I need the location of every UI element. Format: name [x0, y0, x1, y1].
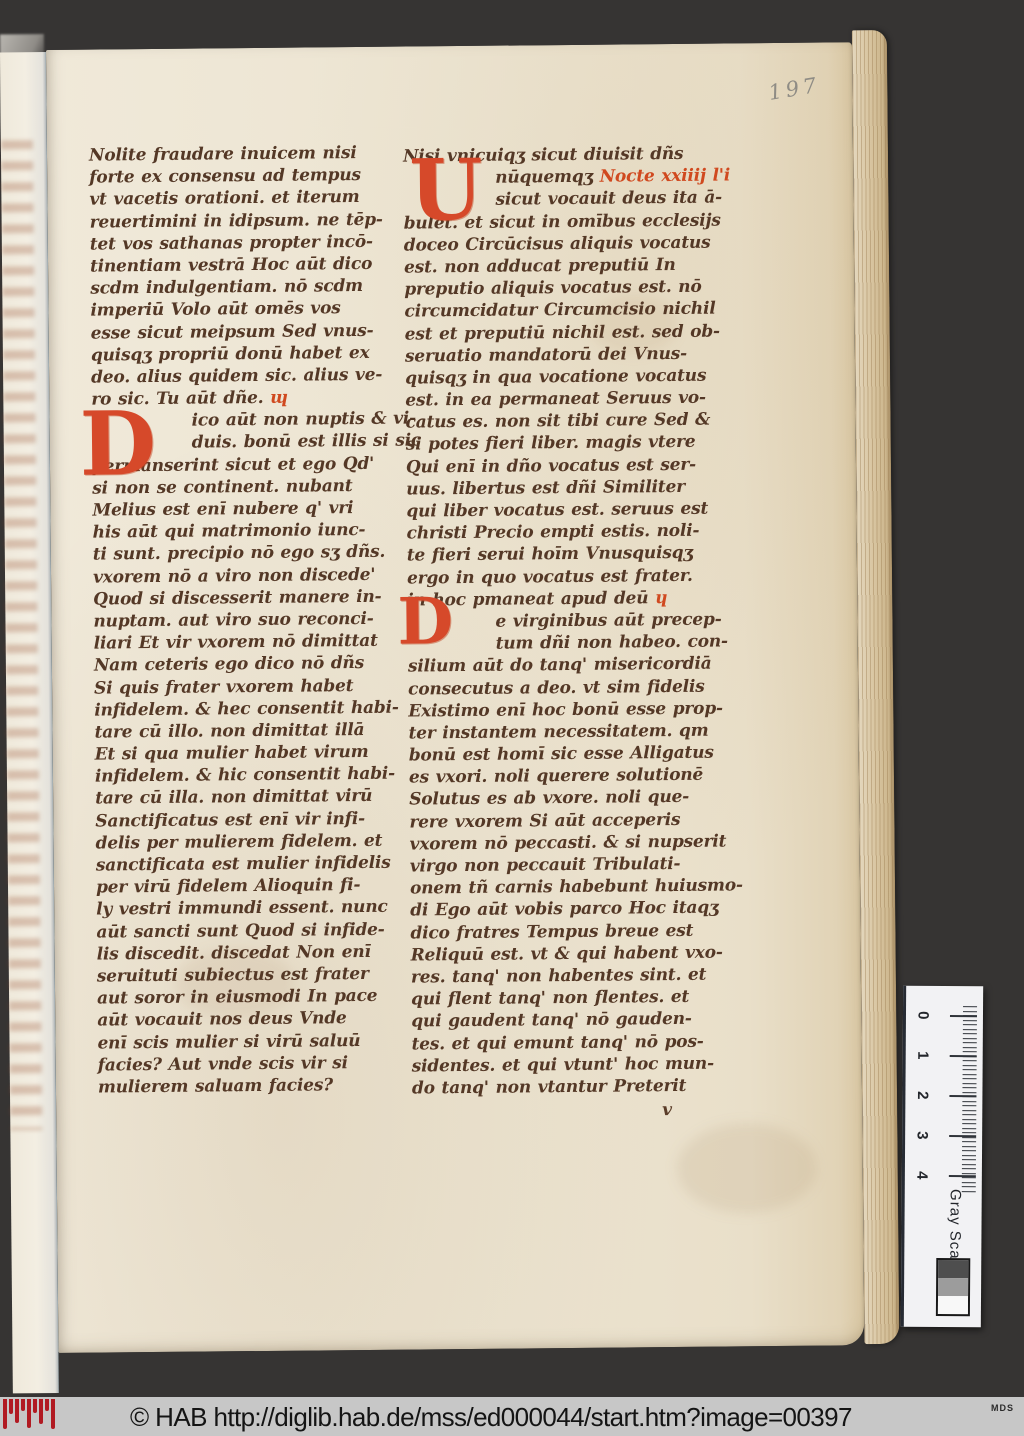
- manuscript-line: his aūt qui matrimonio iunc-: [93, 520, 401, 545]
- ruler-minor-tick: [963, 1051, 977, 1052]
- manuscript-text: Quod si discesserit manere in-: [93, 587, 381, 610]
- manuscript-line: dico fratres Tempus breue est: [410, 920, 750, 945]
- manuscript-text: mulierem saluam facies?: [98, 1075, 333, 1097]
- manuscript-line: virgo non peccauit Tribulati-: [410, 853, 750, 878]
- manuscript-line: lis discedit. discedat Non enī: [97, 941, 405, 966]
- manuscript-line: mulierem saluam facies?: [98, 1074, 406, 1099]
- manuscript-line: tum dñi non habeo. con-: [408, 631, 748, 656]
- manuscript-text: forte ex consensu ad tempus: [89, 165, 361, 188]
- manuscript-text: e virginibus aūt precep-: [495, 609, 721, 631]
- ruler-minor-tick: [963, 1038, 977, 1039]
- manuscript-text: infidelem. & hic consentit habi-: [95, 764, 395, 787]
- manuscript-text: reuertimini in idipsum. ne tēp-: [90, 209, 383, 232]
- ruler-minor-tick: [963, 1074, 977, 1075]
- manuscript-line: Quod si discesserit manere in-: [93, 586, 401, 611]
- manuscript-text: circumcidatur Circumcisio nichil: [404, 299, 715, 322]
- manuscript-text: dico fratres Tempus breue est: [410, 920, 693, 943]
- manuscript-text: rere vxorem Si aūt acceperis: [409, 810, 680, 833]
- manuscript-line: christi Precio empti estis. noli-: [407, 520, 747, 545]
- manuscript-text: esse sicut meipsum Sed vnus-: [91, 320, 374, 343]
- manuscript-line: qui gaudent tanq' nō gauden-: [411, 1009, 751, 1034]
- registration-bar: [9, 1399, 13, 1414]
- ruler-minor-tick: [963, 1042, 977, 1043]
- ruler-minor-tick: [963, 1033, 977, 1034]
- ruler-minor-tick: [962, 1119, 976, 1120]
- manuscript-text: di Ego aūt vobis parco Hoc itaqʒ: [410, 898, 718, 921]
- manuscript-line: sidentes. et qui vtunt' hoc mun-: [412, 1053, 752, 1078]
- manuscript-text: duis. bonū est illis si sic: [192, 431, 422, 453]
- manuscript-text: ti sunt. precipio nō ego sʒ dñs.: [93, 542, 386, 565]
- ruler-major-tick: [949, 1175, 976, 1177]
- manuscript-line: facies? Aut vnde scis vir si: [98, 1052, 406, 1077]
- manuscript-text: tinentiam vestrā Hoc aūt dico: [90, 254, 372, 277]
- manuscript-text: est. in ea permaneat Seruus vo-: [405, 388, 706, 411]
- manuscript-line: Et si qua mulier habet virum: [95, 742, 403, 767]
- manuscript-line: seruatio mandatorū dei Vnus-: [405, 343, 745, 368]
- grayscale-calibration-card: 01234 Gray Scale: [901, 986, 983, 1328]
- ruler-minor-tick: [963, 1024, 977, 1025]
- manuscript-text: es vxori. noli querere solutionē: [409, 765, 703, 788]
- color-registration-mark: [3, 1399, 55, 1429]
- ruler-minor-tick: [963, 1020, 977, 1021]
- registration-bar: [33, 1399, 37, 1413]
- ruler-minor-tick: [962, 1110, 976, 1111]
- manuscript-text: catus es. non sit tibi cure Sed &: [405, 410, 710, 433]
- manuscript-text: christi Precio empti estis. noli-: [407, 521, 700, 544]
- registration-bar: [45, 1399, 49, 1411]
- copyright-caption: © HAB http://diglib.hab.de/mss/ed000044/…: [130, 1402, 852, 1433]
- manuscript-line: scdm indulgentiam. nō scdm: [90, 276, 398, 301]
- manuscript-line: forte ex consensu ad tempus: [89, 165, 397, 190]
- manuscript-text: ly vestri immundi essent. nunc: [96, 897, 388, 920]
- manuscript-text: sicut vocauit deus ita ā-: [495, 188, 722, 210]
- manuscript-line: onem tñ carnis habebunt huiusmo-: [410, 875, 750, 900]
- ruler-minor-tick: [962, 1087, 976, 1088]
- ruler-number: 0: [914, 1006, 931, 1024]
- manuscript-line: Existimo enī hoc bonū esse prop-: [408, 698, 748, 723]
- registration-bar: [39, 1399, 43, 1424]
- manuscript-line: qui liber vocatus est. seruus est: [406, 498, 746, 523]
- manuscript-line: catus es. non sit tibi cure Sed &: [405, 410, 745, 435]
- manuscript-text: enī scis mulier si virū saluū: [97, 1031, 360, 1054]
- manuscript-text: tum dñi non habeo. con-: [496, 632, 728, 654]
- manuscript-text: ico aūt non nuptis & vi-: [191, 409, 416, 431]
- manuscript-line: delis per mulierem fidelem. et: [96, 830, 404, 855]
- manuscript-text: Sanctificatus est enī vir infi-: [95, 809, 365, 832]
- manuscript-text: silium aūt do tanq' misericordiā: [408, 654, 712, 677]
- manuscript-text: tes. et qui emunt tanq' nō pos-: [411, 1031, 703, 1054]
- manuscript-text: quisqʒ in qua vocatione vocatus: [405, 366, 706, 389]
- manuscript-text: sanctificata est mulier infidelis: [96, 853, 391, 876]
- ruler-minor-tick: [963, 1060, 977, 1061]
- manuscript-line: Sanctificatus est enī vir infi-: [95, 808, 403, 833]
- grayscale-patch: [938, 1278, 968, 1296]
- ruler-minor-tick: [963, 1083, 977, 1084]
- ruler-minor-tick: [963, 1029, 977, 1030]
- manuscript-line: consecutus a deo. vt sim fidelis: [408, 676, 748, 701]
- lombard-initial: U: [409, 156, 483, 226]
- manuscript-line: Reliquū est. vt & qui habent vxo-: [411, 942, 751, 967]
- manuscript-text: vxorem nō a viro non discede': [93, 564, 375, 587]
- manuscript-line: seruituti subiectus est frater: [97, 964, 405, 989]
- manuscript-text: aūt sancti sunt Quod si infide-: [96, 919, 384, 942]
- ruler-minor-tick: [962, 1182, 976, 1183]
- manuscript-line: tes. et qui emunt tanq' nō pos-: [411, 1031, 751, 1056]
- ruler-minor-tick: [962, 1146, 976, 1147]
- ruler-minor-tick: [962, 1164, 976, 1165]
- rubric-text: ɥ: [655, 588, 667, 608]
- manuscript-text: lis discedit. discedat Non enī: [97, 942, 371, 965]
- manuscript-line: si potes fieri liber. magis vtere: [406, 432, 746, 457]
- manuscript-text: qui liber vocatus est. seruus est: [406, 499, 708, 522]
- manuscript-text: onem tñ carnis habebunt huiusmo-: [410, 876, 743, 899]
- manuscript-text: deo. alius quidem sic. alius ve-: [91, 365, 382, 388]
- manuscript-line: aut soror in eiusmodi In pace: [97, 986, 405, 1011]
- manuscript-text: te fieri serui hoīm Vnusquisqʒ: [407, 543, 693, 566]
- ruler-minor-tick: [962, 1105, 976, 1106]
- ruler-minor-tick: [962, 1173, 976, 1174]
- manuscript-line: sanctificata est mulier infidelis: [96, 853, 404, 878]
- manuscript-line: reuertimini in idipsum. ne tēp-: [90, 209, 398, 234]
- manuscript-text: scdm indulgentiam. nō scdm: [90, 276, 363, 299]
- manuscript-text: Si quis frater vxorem habet: [94, 676, 353, 698]
- manuscript-text: tet vos sathanas propter incō-: [90, 232, 373, 255]
- manuscript-text: preputio aliquis vocatus est. nō: [404, 277, 701, 300]
- manuscript-line: esse sicut meipsum Sed vnus-: [91, 320, 399, 345]
- ruler-minor-tick: [963, 1006, 977, 1007]
- ruler-minor-tick: [962, 1132, 976, 1133]
- manuscript-line: bonū est homī sic esse Alligatus: [409, 742, 749, 767]
- registration-bar: [15, 1399, 19, 1423]
- text-column-left: Nolite fraudare inuicem nisiforte ex con…: [89, 143, 406, 1100]
- manuscript-text: si potes fieri liber. magis vtere: [406, 432, 696, 455]
- manuscript-text: his aūt qui matrimonio iunc-: [93, 520, 366, 543]
- parchment-stain: [676, 1123, 817, 1214]
- manuscript-line: te fieri serui hoīm Vnusquisqʒ: [407, 543, 747, 568]
- manuscript-line: imperiū Volo aūt omēs vos: [90, 298, 398, 323]
- ruler-minor-tick: [962, 1114, 976, 1115]
- bleed-through-text: [1, 140, 43, 1130]
- manuscript-line: ly vestri immundi essent. nunc: [96, 897, 404, 922]
- ruler-major-tick: [949, 1135, 976, 1137]
- manuscript-line: vxorem nō a viro non discede': [93, 564, 401, 589]
- manuscript-text: Reliquū est. vt & qui habent vxo-: [411, 942, 723, 965]
- ruler-minor-tick: [962, 1155, 976, 1156]
- manuscript-line: e virginibus aūt precep-: [407, 609, 747, 634]
- manuscript-line: rere vxorem Si aūt acceperis: [409, 809, 749, 834]
- manuscript-line: vt vacetis orationi. et iterum: [89, 187, 397, 212]
- manuscript-text: Et si qua mulier habet virum: [95, 742, 369, 765]
- manuscript-line: enī scis mulier si virū saluū: [97, 1030, 405, 1055]
- manuscript-line: tare cū illa. non dimittat virū: [95, 786, 403, 811]
- ruler-minor-tick: [962, 1177, 976, 1178]
- manuscript-line: ti sunt. precipio nō ego sʒ dñs.: [93, 542, 401, 567]
- manuscript-text: Qui enī in dño vocatus est ser-: [406, 454, 696, 477]
- manuscript-text: bonū est homī sic esse Alligatus: [409, 743, 714, 766]
- registration-bar: [21, 1399, 25, 1411]
- manuscript-text: Solutus es ab vxore. noli que-: [409, 787, 689, 810]
- manuscript-text: Nolite fraudare inuicem nisi: [89, 143, 357, 166]
- lombard-initial: D: [79, 407, 156, 480]
- manuscript-text: delis per mulierem fidelem. et: [96, 831, 383, 854]
- manuscript-text: nuptam. aut viro suo reconci-: [93, 609, 373, 632]
- ruler-minor-tick: [962, 1191, 976, 1192]
- manuscript-line: circumcidatur Circumcisio nichil: [404, 299, 744, 324]
- ruler-minor-tick: [962, 1141, 976, 1142]
- manuscript-text: est. non adducat preputiū In: [404, 255, 676, 278]
- manuscript-line: ergo in quo vocatus est frater.: [407, 565, 747, 590]
- ruler-minor-tick: [962, 1123, 976, 1124]
- manuscript-text: est et preputiū nichil est. sed ob-: [405, 321, 720, 344]
- manuscript-line: qui flent tanq' non flentes. et: [411, 986, 751, 1011]
- manuscript-line: Si quis frater vxorem habet: [94, 675, 402, 700]
- manuscript-line: tet vos sathanas propter incō-: [90, 231, 398, 256]
- grayscale-patch: [938, 1260, 968, 1278]
- ruler-minor-tick: [963, 1011, 977, 1012]
- micro-id-text: MDS: [991, 1403, 1014, 1413]
- manuscript-text: imperiū Volo aūt omēs vos: [90, 298, 340, 320]
- manuscript-text: tare cū illo. non dimittat illā: [94, 720, 364, 743]
- ruler-minor-tick: [962, 1101, 976, 1102]
- ruler-minor-tick: [962, 1159, 976, 1160]
- grayscale-patches: [936, 1258, 970, 1316]
- manuscript-line: est et preputiū nichil est. sed ob-: [405, 321, 745, 346]
- ruler-number: 1: [914, 1046, 931, 1064]
- manuscript-text: nūquemqʒ: [495, 167, 600, 188]
- manuscript-text: vxorem nō peccasti. & si nupserit: [410, 831, 727, 854]
- manuscript-line: preputio aliquis vocatus est. nō: [404, 276, 744, 301]
- caption-bar: © HAB http://diglib.hab.de/mss/ed000044/…: [0, 1397, 1024, 1436]
- ruler-minor-tick: [962, 1150, 976, 1151]
- manuscript-text: aūt vocauit nos deus Vnde: [97, 1008, 346, 1030]
- manuscript-text: facies? Aut vnde scis vir si: [98, 1053, 348, 1075]
- manuscript-text: res. tanq' non habentes sint. et: [411, 965, 707, 988]
- manuscript-line: uus. libertus est dñi Similiter: [406, 476, 746, 501]
- manuscript-text: seruituti subiectus est frater: [97, 964, 369, 987]
- manuscript-line: di Ego aūt vobis parco Hoc itaqʒ: [410, 898, 750, 923]
- manuscript-text: consecutus a deo. vt sim fidelis: [408, 676, 705, 699]
- manuscript-text: quisqʒ propriū donū habet ex: [91, 343, 370, 366]
- manuscript-line: tare cū illo. non dimittat illā: [94, 719, 402, 744]
- manuscript-line: deo. alius quidem sic. alius ve-: [91, 365, 399, 390]
- grayscale-patch: [938, 1296, 968, 1314]
- registration-bar: [27, 1399, 31, 1428]
- ruler-major-tick: [950, 1015, 977, 1017]
- text-column-right: Nisi vnicuiqʒ sicut diuisit dñsnūquemqʒ …: [403, 143, 752, 1100]
- ruler-minor-tick: [963, 1047, 977, 1048]
- manuscript-line: Qui enī in dño vocatus est ser-: [406, 454, 746, 479]
- ruler-number: 3: [914, 1126, 931, 1144]
- catchword: v: [662, 1100, 672, 1120]
- manuscript-text: liari Et vir vxorem nō dimittat: [94, 631, 378, 654]
- manuscript-line: aūt vocauit nos deus Vnde: [97, 1008, 405, 1033]
- ruler-minor-tick: [963, 1065, 977, 1066]
- ruler-minor-tick: [962, 1186, 976, 1187]
- manuscript-line: Nolite fraudare inuicem nisi: [89, 143, 397, 168]
- manuscript-text: tare cū illa. non dimittat virū: [95, 786, 372, 809]
- manuscript-text: uus. libertus est dñi Similiter: [406, 477, 685, 500]
- manuscript-line: infidelem. & hic consentit habi-: [95, 764, 403, 789]
- manuscript-text: qui gaudent tanq' nō gauden-: [411, 1009, 692, 1032]
- registration-bar: [51, 1399, 55, 1429]
- manuscript-text: seruatio mandatorū dei Vnus-: [405, 344, 687, 367]
- ruler-number: 4: [913, 1166, 930, 1184]
- rubric-text: Nocte xxiiij l'i: [600, 166, 731, 187]
- ruler-minor-tick: [962, 1168, 976, 1169]
- manuscript-line: res. tanq' non habentes sint. et: [411, 964, 751, 989]
- ruler-major-tick: [949, 1095, 976, 1097]
- ruler-number: 2: [914, 1086, 931, 1104]
- manuscript-line: Solutus es ab vxore. noli que-: [409, 787, 749, 812]
- manuscript-text: Existimo enī hoc bonū esse prop-: [408, 698, 723, 721]
- manuscript-line: silium aūt do tanq' misericordiā: [408, 654, 748, 679]
- ruler-minor-tick: [963, 1069, 977, 1070]
- registration-bar: [3, 1399, 7, 1429]
- manuscript-text: per virū fidelem Alioquin fi-: [96, 875, 360, 898]
- manuscript-line: per virū fidelem Alioquin fi-: [96, 875, 404, 900]
- manuscript-line: nuptam. aut viro suo reconci-: [93, 609, 401, 634]
- manuscript-text: vt vacetis orationi. et iterum: [89, 187, 359, 210]
- manuscript-book-photo: 197 Nolite fraudare inuicem nisiforte ex…: [0, 0, 1024, 1436]
- manuscript-line: infidelem. & hec consentit habi-: [94, 697, 402, 722]
- manuscript-text: Nam ceteris ego dico nō dñs: [94, 653, 364, 676]
- manuscript-line: quisqʒ in qua vocatione vocatus: [405, 365, 745, 390]
- manuscript-text: virgo non peccauit Tribulati-: [410, 854, 681, 877]
- manuscript-line: aūt sancti sunt Quod si infide-: [96, 919, 404, 944]
- ruler-minor-tick: [962, 1128, 976, 1129]
- ruler-ticks: 01234: [906, 986, 983, 987]
- manuscript-line: Nam ceteris ego dico nō dñs: [94, 653, 402, 678]
- manuscript-text: sidentes. et qui vtunt' hoc mun-: [412, 1053, 714, 1076]
- ruler-major-tick: [950, 1055, 977, 1057]
- rubric-text: ɰ: [270, 388, 288, 408]
- manuscript-line: tinentiam vestrā Hoc aūt dico: [90, 254, 398, 279]
- manuscript-line: liari Et vir vxorem nō dimittat: [94, 631, 402, 656]
- lombard-initial: D: [397, 596, 453, 649]
- manuscript-text: aut soror in eiusmodi In pace: [97, 986, 377, 1009]
- manuscript-line: est. non adducat preputiū In: [404, 254, 744, 279]
- manuscript-line: ter instantem necessitatem. qm: [408, 720, 748, 745]
- manuscript-line: do tanq' non vtantur Preterit: [412, 1075, 752, 1100]
- manuscript-line: est. in ea permaneat Seruus vo-: [405, 387, 745, 412]
- manuscript-line: Melius est enī nubere q' vri: [92, 498, 400, 523]
- manuscript-line: es vxori. noli querere solutionē: [409, 765, 749, 790]
- manuscript-text: infidelem. & hec consentit habi-: [94, 697, 399, 720]
- manuscript-line: in hoc pmaneat apud deū ɥ: [407, 587, 747, 612]
- ruler-minor-tick: [963, 1078, 977, 1079]
- manuscript-text: qui flent tanq' non flentes. et: [411, 987, 689, 1010]
- manuscript-line: vxorem nō peccasti. & si nupserit: [410, 831, 750, 856]
- manuscript-text: Melius est enī nubere q' vri: [92, 498, 353, 521]
- manuscript-text: do tanq' non vtantur Preterit: [412, 1076, 686, 1099]
- ruler-minor-tick: [962, 1092, 976, 1093]
- manuscript-text: ter instantem necessitatem. qm: [408, 721, 708, 744]
- manuscript-line: quisqʒ propriū donū habet ex: [91, 342, 399, 367]
